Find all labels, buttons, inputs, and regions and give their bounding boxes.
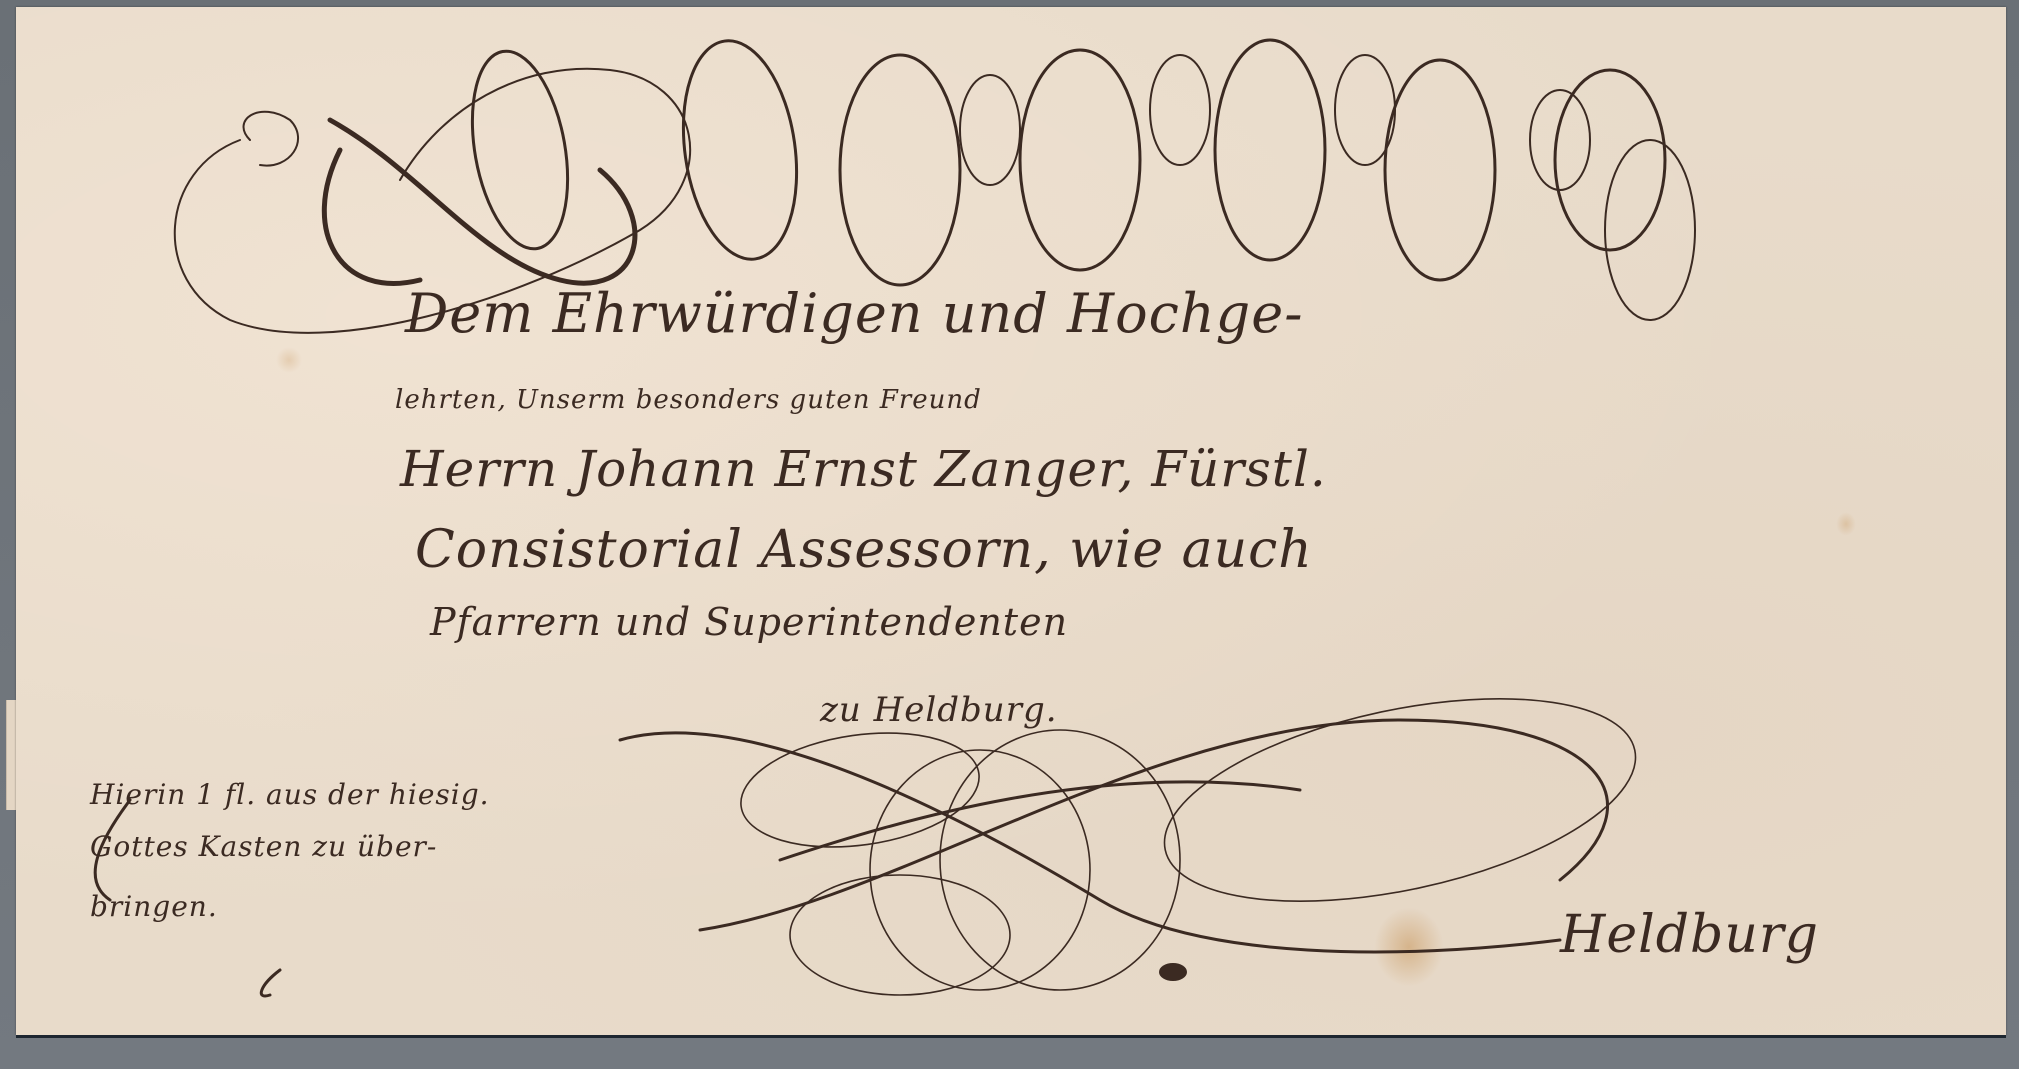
address-line-3-recipient: Herrn Johann Ernst Zanger, Fürstl. bbox=[400, 440, 1327, 498]
address-line-5: Pfarrern und Superintendenten bbox=[430, 600, 1068, 644]
note-line-1: Hierin 1 fl. aus der hiesig. bbox=[90, 778, 490, 811]
note-line-3: bringen. bbox=[90, 890, 218, 923]
address-line-2: lehrten, Unserm besonders guten Freund bbox=[395, 385, 982, 415]
address-line-4: Consistorial Assessorn, wie auch bbox=[415, 520, 1313, 580]
origin-place: Heldburg bbox=[1560, 905, 1819, 965]
flourish-loop-chain bbox=[458, 33, 1695, 320]
note-line-2: Gottes Kasten zu über- bbox=[90, 830, 437, 863]
ink-blot bbox=[1159, 963, 1187, 981]
flourish-initial-d bbox=[330, 120, 635, 283]
address-line-1: Dem Ehrwürdigen und Hochge- bbox=[405, 282, 1303, 345]
address-line-6-destination: zu Heldburg. bbox=[820, 690, 1058, 730]
